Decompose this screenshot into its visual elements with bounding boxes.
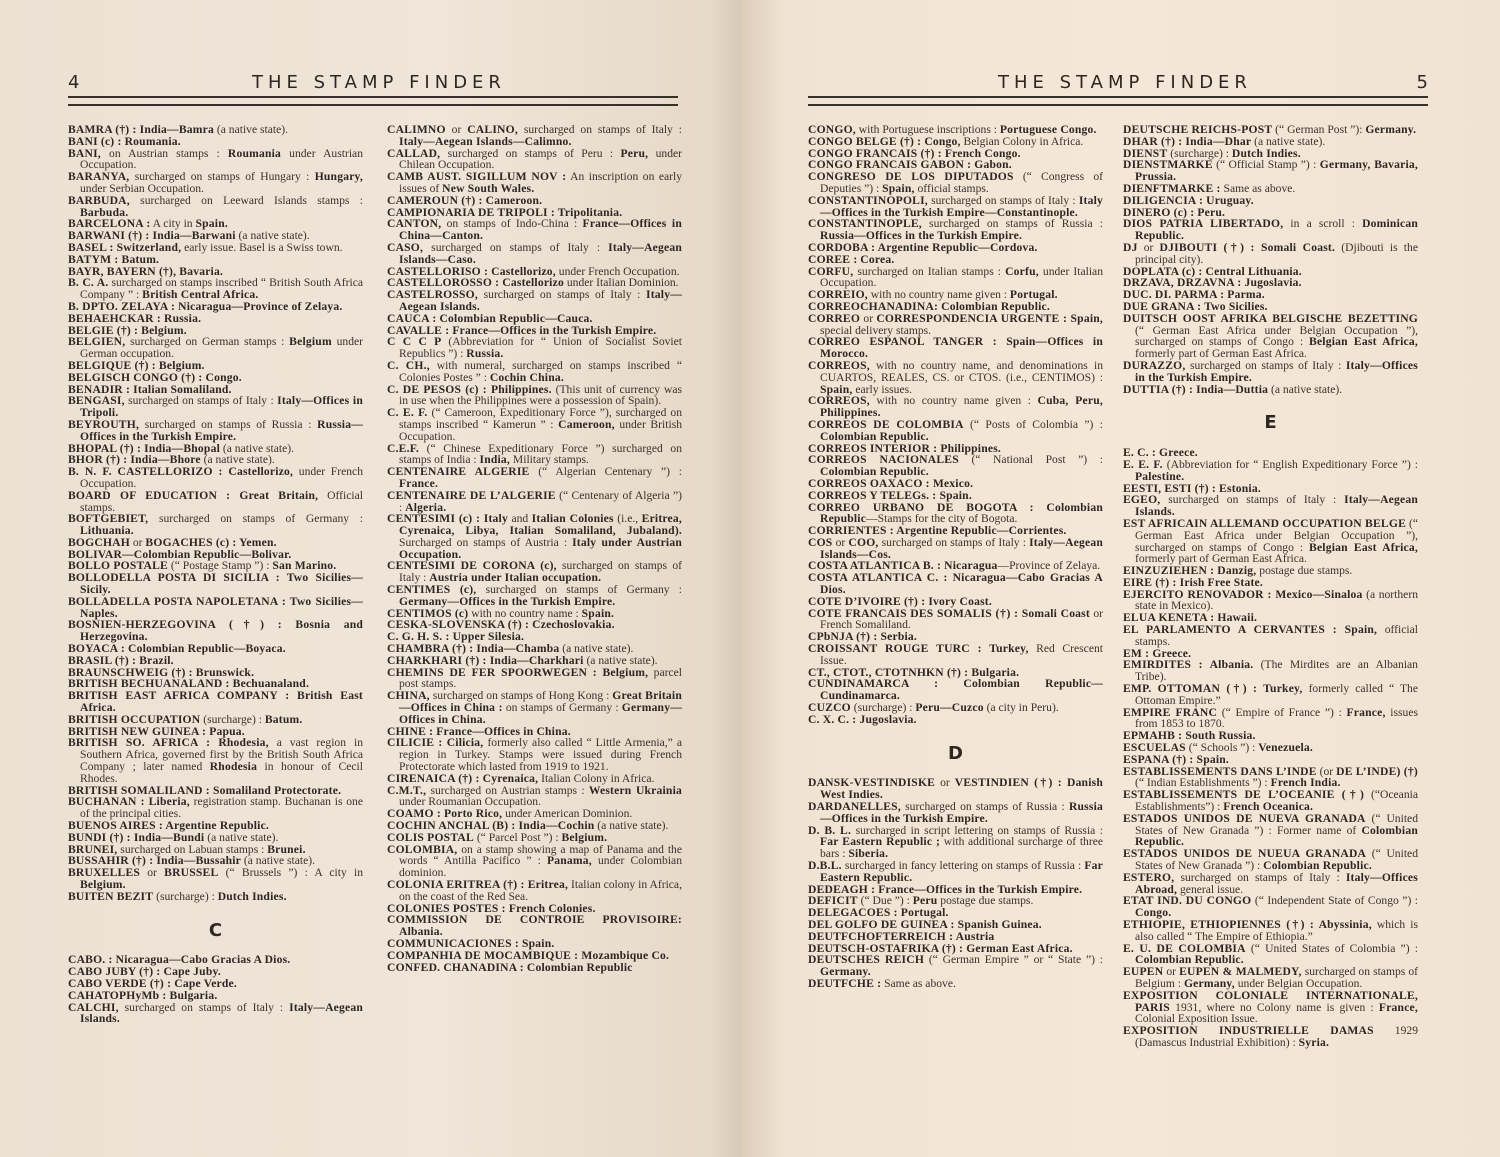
page-number: 5 [1417, 72, 1428, 93]
index-entry: CENTESIMI (c) : Italy and Italian Coloni… [387, 513, 682, 560]
entry-text: (Abbreviation for “ Union of Socialist S… [399, 335, 682, 360]
index-entry: EST AFRICAIN ALLEMAND OCCUPATION BELGE (… [1123, 518, 1418, 565]
entry-text: (“ Independent State of Congo ”) : [1251, 894, 1418, 907]
entry-bold-text: France, [1379, 1001, 1418, 1014]
entry-text: (“ Official Stamp ”) : [1213, 158, 1320, 171]
index-entry: BUITEN BEZIT (surcharge) : Dutch Indies. [68, 891, 363, 903]
book-spread: 4 THE STAMP FINDER BAMRA (†) : India—Bam… [0, 0, 1500, 1157]
index-entry: C C C P (Abbreviation for “ Union of Soc… [387, 336, 682, 360]
index-entry: CROISSANT ROUGE TURC : Turkey, Red Cresc… [808, 643, 1103, 667]
index-entry: CORFU, surcharged on Italian stamps : Co… [808, 266, 1103, 290]
entry-text: with no country name given : [870, 394, 1038, 407]
entry-bold-text: Hungary, [315, 170, 363, 183]
entry-bold-text: Cameroon, [558, 418, 615, 431]
book-title: THE STAMP FINDER [252, 72, 506, 93]
index-entry: B. N. F. CASTELLORIZO : Castellorizo, un… [68, 466, 363, 490]
entry-text: postage due stamps. [1256, 564, 1352, 577]
index-entry: BARBUDA, surcharged on Leeward Islands s… [68, 195, 363, 219]
index-entry: CASO, surcharged on stamps of Italy : It… [387, 242, 682, 266]
section-letter-heading: C [68, 925, 363, 937]
index-entry: CASTELROSSO, surcharged on stamps of Ita… [387, 289, 682, 313]
entry-bold-text: Batum. [265, 713, 303, 726]
index-entry: DUTTIA (†) : India—Duttia (a native stat… [1123, 384, 1418, 396]
index-entry: BELGIEN, surcharged on German stamps : B… [68, 336, 363, 360]
entry-text: (Abbreviation for “ English Expeditionar… [1163, 458, 1418, 471]
index-entry: BOLLADELLA POSTA NAPOLETANA : Two Sicili… [68, 596, 363, 620]
index-entry: BRITISH EAST AFRICA COMPANY : British Ea… [68, 690, 363, 714]
index-entry: ESTABLISSEMENTS DANS L’INDE (or DE L’IND… [1123, 766, 1418, 790]
index-entry: DURAZZO, surcharged on stamps of Italy :… [1123, 360, 1418, 384]
entry-bold-text: Belgian East Africa, [1309, 541, 1418, 554]
index-entry: CORREOS NACIONALES (“ National Post ”) :… [808, 454, 1103, 478]
index-entry: DARDANELLES, surcharged on stamps of Rus… [808, 801, 1103, 825]
entry-bold-text: BOLLODELLA POSTA DI SICILIA : Two Sicili… [68, 571, 363, 596]
entry-bold-text: Peru, [620, 147, 648, 160]
index-entry: DEUTFCHE : Same as above. [808, 978, 1103, 990]
entry-text: early issue. Basel is a Swiss town. [181, 241, 342, 254]
index-entry: EJERCITO RENOVADOR : Mexico—Sinaloa (a n… [1123, 589, 1418, 613]
index-entry: CENTESIMI DE CORONA (c), surcharged on s… [387, 560, 682, 584]
index-entry: BENGASI, surcharged on stamps of Italy :… [68, 395, 363, 419]
entry-text: (a native state). [1268, 383, 1342, 396]
entry-text: or [935, 776, 955, 789]
entry-bold-text: Rhodesia [210, 760, 257, 773]
left-page: 4 THE STAMP FINDER BAMRA (†) : India—Bam… [0, 0, 740, 1157]
entry-bold-text: Syria. [1299, 1036, 1330, 1049]
section-letter-heading: E [1123, 417, 1418, 429]
index-entry: DIOS PATRIA LIBERTADO, in a scroll : Dom… [1123, 218, 1418, 242]
text-column: DEUTSCHE REICHS-POST (“ German Post ”): … [1123, 124, 1418, 1049]
index-entry: CORREO ESPANOL TANGER : Spain—Offices in… [808, 336, 1103, 360]
entry-text: surcharged on stamps of Germany : [148, 512, 363, 525]
entry-bold-text: BOLLADELLA POSTA NAPOLETANA : Two Sicili… [68, 595, 363, 620]
index-entry: ESTADOS UNIDOS DE NUEVA GRANADA (“ Unite… [1123, 813, 1418, 848]
index-entry: ESTADOS UNIDOS DE NUEUA GRANADA (“ Unite… [1123, 848, 1418, 872]
index-entry: CONSTANTINOPLE, surcharged on stamps of … [808, 218, 1103, 242]
entry-bold-text: Belgium [289, 335, 332, 348]
index-entry: CHEMINS DE FER SPOORWEGEN : Belgium, par… [387, 667, 682, 691]
index-entry: COMMISSION DE CONTROIE PROVISOIRE: Alban… [387, 914, 682, 938]
entry-text: surcharged on Leeward Islands stamps : [130, 194, 363, 207]
entry-text: (“ Brussels ”) : A city in [218, 866, 363, 879]
entry-text: (“ Posts of Colombia ”) : [964, 418, 1103, 431]
index-entry: ESTABLISSEMENTS DE L’OCEANIE (†) (“Ocean… [1123, 789, 1418, 813]
entry-text: (“ German Empire ” or “ State ”) : [924, 953, 1103, 966]
text-column: BAMRA (†) : India—Bamra (a native state)… [68, 124, 363, 1025]
index-entry: C.M.T., surcharged on Austrian stamps : … [387, 785, 682, 809]
index-entry: DUITSCH OOST AFRIKA BELGISCHE BEZETTING … [1123, 313, 1418, 360]
entry-bold-text: Panama, [547, 854, 592, 867]
entry-text: surcharged on stamps of Italy : [119, 1001, 289, 1014]
index-entry: BRUXELLES or BRUSSEL (“ Brussels ”) : A … [68, 867, 363, 891]
index-entry: CALIMNO or CALINO, surcharged on stamps … [387, 124, 682, 148]
entry-bold-text: C. X. C. : Jugoslavia. [808, 713, 917, 726]
entry-bold-text: BOSNIEN-HERZEGOVINA (†) : Bosnia and Her… [68, 618, 363, 643]
index-entry: CENTENAIRE ALGERIE (“ Algerian Centenary… [387, 466, 682, 490]
index-entry: COSTA ATLANTICA C. : Nicaragua—Cabo Grac… [808, 572, 1103, 596]
text-column: CALIMNO or CALINO, surcharged on stamps … [387, 124, 682, 973]
index-entry: EUPEN or EUPEN & MALMEDY, surcharged on … [1123, 966, 1418, 990]
index-entry: CHINA, surcharged on stamps of Hong Kong… [387, 690, 682, 725]
entry-text: (surcharge) : [153, 890, 218, 903]
entry-text: postage due stamps. [937, 894, 1033, 907]
index-entry: BOLLODELLA POSTA DI SICILIA : Two Sicili… [68, 572, 363, 596]
entry-text: surcharged on stamps of Italy : [125, 394, 277, 407]
index-entry: EXPOSITION INDUSTRIELLE DAMAS 1929 (Dama… [1123, 1025, 1418, 1049]
index-entry: CORREO URBANO DE BOGOTA : Colombian Repu… [808, 502, 1103, 526]
index-entry: BOARD OF EDUCATION : Great Britain, Offi… [68, 490, 363, 514]
entry-text: or [140, 866, 164, 879]
index-entry: EL PARLAMENTO A CERVANTES : Spain, offic… [1123, 624, 1418, 648]
index-entry: CORREOS, with no country name given : Cu… [808, 395, 1103, 419]
index-entry: ETAT IND. DU CONGO (“ Independent State … [1123, 895, 1418, 919]
index-entry: CALCHI, surcharged on stamps of Italy : … [68, 1002, 363, 1026]
index-entry: DJ or DJIBOUTI (†) : Somali Coast. (Djib… [1123, 242, 1418, 266]
entry-bold-text: Belgian East Africa, [1309, 335, 1418, 348]
index-entry: EMPIRE FRANC (“ Empire of France ”) : Fr… [1123, 707, 1418, 731]
index-entry: CENTENAIRE DE L’ALGERIE (“ Centenary of … [387, 490, 682, 514]
index-entry: CORREO or CORRESPONDENCIA URGENTE : Spai… [808, 313, 1103, 337]
index-entry: CILICIE : Cilicia, formerly also called … [387, 737, 682, 772]
index-entry: BANI, on Austrian stamps : Roumania unde… [68, 148, 363, 172]
entry-bold-text: DE L’INDE) (†) [1336, 765, 1418, 778]
index-entry: B. C. A. surcharged on stamps inscribed … [68, 277, 363, 301]
entry-text: in a scroll : [1283, 217, 1362, 230]
index-entry: EGEO, surcharged on stamps of Italy : It… [1123, 494, 1418, 518]
index-entry: EXPOSITION COLONIALE INTERNATIONALE, PAR… [1123, 990, 1418, 1025]
index-entry: BOSNIEN-HERZEGOVINA (†) : Bosnia and Her… [68, 619, 363, 643]
index-entry: BOFTGEBIET, surcharged on stamps of Germ… [68, 513, 363, 537]
section-letter-heading: D [808, 748, 1103, 760]
entry-bold-text: Peru—Cuzco [915, 701, 983, 714]
index-entry: C. CH., with numeral, surcharged on stam… [387, 360, 682, 384]
index-entry: EMP. OTTOMAN (†) : Turkey, formerly call… [1123, 683, 1418, 707]
index-entry: BARANYA, surcharged on stamps of Hungary… [68, 171, 363, 195]
entry-bold-text: BUITEN BEZIT [68, 890, 153, 903]
page-number: 4 [68, 72, 79, 93]
entry-bold-text: CORREO ESPANOL TANGER : Spain—Offices in… [808, 335, 1103, 360]
index-entry: CORREOS DE COLOMBIA (“ Posts of Colombia… [808, 419, 1103, 443]
entry-text: (“ Algerian Centenary ”) : [529, 465, 682, 478]
text-column: CONGO, with Portuguese inscriptions : Po… [808, 124, 1103, 990]
entry-bold-text: DEUTFCHE : [808, 977, 881, 990]
entry-bold-text: BRUSSEL [164, 866, 218, 879]
entry-bold-text: BRITISH EAST AFRICA COMPANY : British Ea… [68, 689, 363, 714]
index-entry: BRITISH SO. AFRICA : Rhodesia, a vast re… [68, 737, 363, 784]
index-entry: CENTIMES (c), surcharged on stamps of Ge… [387, 584, 682, 608]
entry-bold-text: COMMISSION DE CONTROIE PROVISOIRE: Alban… [387, 913, 682, 938]
index-entry: CONFED. CHANADINA : Colombian Republic [387, 962, 682, 974]
index-entry: C. X. C. : Jugoslavia. [808, 714, 1103, 726]
right-page: THE STAMP FINDER 5 CONGO, with Portugues… [740, 0, 1500, 1157]
index-entry: COS or COO, surcharged on stamps of Ital… [808, 537, 1103, 561]
entry-text: (a city in Peru). [984, 701, 1059, 714]
index-entry: CALLAD, surcharged on stamps of Peru : P… [387, 148, 682, 172]
index-entry: COLONIA ERITREA (†) : Eritrea, Italian c… [387, 879, 682, 903]
entry-bold-text: Germany. [1365, 123, 1416, 136]
index-entry: CONSTANTINOPOLI, surcharged on stamps of… [808, 195, 1103, 219]
entry-text: on stamps of Germany : [503, 701, 622, 714]
index-entry: CUNDINAMARCA : Colombian Republic—Cundin… [808, 678, 1103, 702]
entry-text: surcharged on stamps of Italy : [1160, 493, 1344, 506]
entry-bold-text: CONFED. CHANADINA : Colombian Republic [387, 961, 633, 974]
index-entry: CANTON, on stamps of Indo-China : France… [387, 218, 682, 242]
header-double-rule [808, 96, 1428, 106]
index-entry: CONGRESO DE LOS DIPUTADOS (“ Congress of… [808, 171, 1103, 195]
index-entry: DANSK-VESTINDISKE or VESTINDIEN (†) : Da… [808, 777, 1103, 801]
index-entry: EMIRDITES : Albania. (The Mirdites are a… [1123, 659, 1418, 683]
index-entry: C.E.F. (“ Chinese Expeditionary Force ”)… [387, 443, 682, 467]
entry-text: (“ National Post ”) : [959, 453, 1103, 466]
index-entry: CAMB AUST. SIGILLUM NOV : An inscription… [387, 171, 682, 195]
entry-text: (a native state). [214, 123, 288, 136]
entry-bold-text: Dutch Indies. [218, 890, 287, 903]
book-title: THE STAMP FINDER [998, 72, 1252, 93]
entry-bold-text: Corfu, [1005, 265, 1039, 278]
entry-text: (“ Empire of France ”) : [1217, 706, 1346, 719]
index-entry: COLOMBIA, on a stamp showing a map of Pa… [387, 844, 682, 879]
index-entry: E. U. DE COLOMBIA (“ United States of Co… [1123, 943, 1418, 967]
header-double-rule [68, 96, 678, 106]
index-entry: D.B.L. surcharged in fancy lettering on … [808, 860, 1103, 884]
entry-bold-text: CUNDINAMARCA : Colombian Republic—Cundin… [808, 677, 1103, 702]
index-entry: ESTERO, surcharged on stamps of Italy : … [1123, 872, 1418, 896]
entry-text: Same as above. [881, 977, 956, 990]
entry-text: surcharged on stamps of Italy : [879, 536, 1030, 549]
index-entry: DIENSTMARKE (“ Official Stamp ”) : Germa… [1123, 159, 1418, 183]
entry-bold-text: Western Ukrainia [589, 784, 682, 797]
index-entry: CORREOS, with no country name, and denom… [808, 360, 1103, 395]
entry-bold-text: COSTA ATLANTICA C. : Nicaragua—Cabo Grac… [808, 571, 1103, 596]
entry-bold-text: Venezuela. [1258, 741, 1313, 754]
index-entry: D. B. L. surcharged in script lettering … [808, 825, 1103, 860]
entry-text: surcharged on stamps of Italy : [478, 288, 646, 301]
index-entry: COTE FRANCAIS DES SOMALIS (†) : Somali C… [808, 608, 1103, 632]
entry-text: (“ United States of Colombia ”) : [1246, 942, 1418, 955]
entry-bold-text: DUTTIA (†) : India—Duttia [1123, 383, 1268, 396]
entry-bold-text: Roumania [228, 147, 281, 160]
entry-bold-text: France, [1347, 706, 1386, 719]
index-entry: E. E. F. (Abbreviation for “ English Exp… [1123, 459, 1418, 483]
index-entry: ETHIOPIE, ETHIOPIENNES (†) : Abyssinia, … [1123, 919, 1418, 943]
index-entry: BEYROUTH, surcharged on stamps of Russia… [68, 419, 363, 443]
index-entry: BUCHANAN : Liberia, registration stamp. … [68, 796, 363, 820]
index-entry: DEUTSCHES REICH (“ German Empire ” or “ … [808, 954, 1103, 978]
index-entry: C. E. F. (“ Cameroon, Expeditionary Forc… [387, 407, 682, 442]
index-entry: C. DE PESOS (c) : Philippines. (This uni… [387, 384, 682, 408]
